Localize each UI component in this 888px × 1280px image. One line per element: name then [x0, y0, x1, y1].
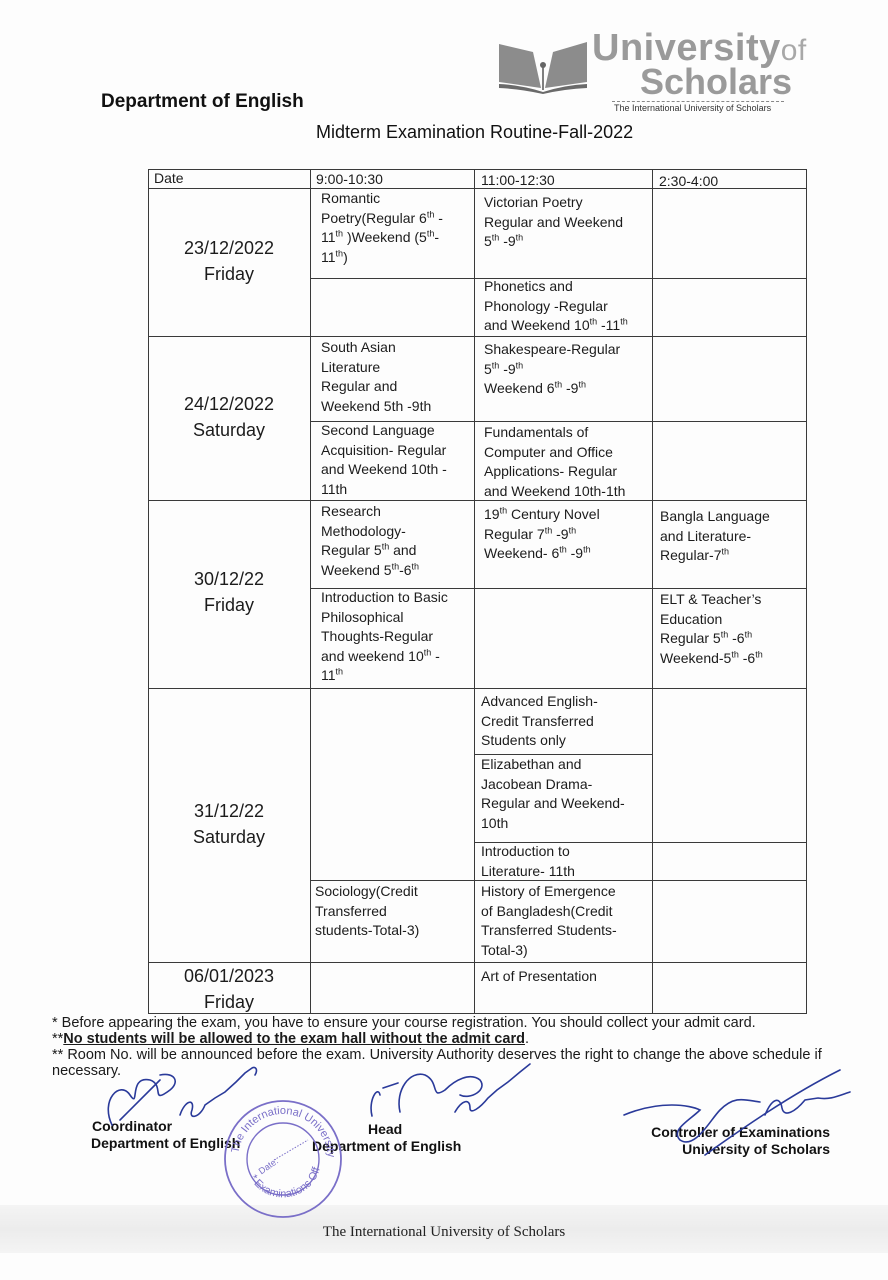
exam-cell: Bangla Languageand Literature-Regular-7t… [660, 507, 805, 566]
signature-coordinator: Coordinator Department of English [91, 1118, 240, 1152]
exam-cell: 19th Century NovelRegular 7th -9thWeeken… [484, 505, 649, 564]
department-heading: Department of English [101, 91, 304, 113]
exam-cell: RomanticPoetry(Regular 6th -11th )Weeken… [321, 189, 471, 267]
logo-wordmark-line2: Scholars [640, 63, 792, 101]
note-registration: * Before appearing the exam, you have to… [52, 1015, 842, 1031]
exam-cell: Fundamentals ofComputer and OfficeApplic… [484, 423, 649, 501]
exam-cell: Advanced English-Credit TransferredStude… [481, 692, 649, 751]
exam-cell: Introduction toLiterature- 11th [481, 842, 649, 881]
logo-tagline: The International University of Scholars [614, 103, 771, 113]
column-header-slot3: 2:30-4:00 [659, 172, 718, 192]
svg-text:The International University o: The International University of Scholars [222, 1098, 337, 1158]
examinations-office-stamp: The International University of Scholars… [222, 1098, 344, 1220]
date-cell: 24/12/2022Saturday [148, 391, 310, 443]
column-header-slot2: 11:00-12:30 [481, 171, 555, 191]
document-title: Midterm Examination Routine-Fall-2022 [316, 122, 633, 143]
exam-cell: Art of Presentation [481, 967, 649, 987]
date-cell: 06/01/2023Friday [148, 963, 310, 1015]
exam-cell: Elizabethan andJacobean Drama-Regular an… [481, 755, 649, 833]
exam-cell: Shakespeare-Regular5th -9thWeekend 6th -… [484, 340, 649, 399]
exam-cell: ResearchMethodology-Regular 5th andWeeke… [321, 502, 471, 580]
column-header-date: Date [154, 169, 184, 189]
exam-cell: Victorian PoetryRegular and Weekend5th -… [484, 193, 649, 252]
exam-cell: Sociology(CreditTransferredstudents-Tota… [315, 882, 470, 941]
footer-text: The International University of Scholars [0, 1224, 888, 1241]
note-room: ** Room No. will be announced before the… [52, 1047, 842, 1079]
open-book-pen-icon [497, 38, 589, 94]
signature-controller: Controller of Examinations University of… [645, 1124, 830, 1158]
date-cell: 30/12/22Friday [148, 566, 310, 618]
column-header-slot1: 9:00-10:30 [316, 170, 383, 190]
note-admit-card: **No students will be allowed to the exa… [52, 1031, 842, 1047]
exam-cell: Phonetics andPhonology -Regularand Weeke… [484, 277, 649, 336]
exam-cell: South AsianLiteratureRegular andWeekend … [321, 338, 471, 416]
logo-divider [612, 101, 784, 102]
exam-routine-table: Date 9:00-10:30 11:00-12:30 2:30-4:00 23… [148, 169, 807, 1014]
svg-text:Date:: Date: [257, 1156, 280, 1177]
exam-cell: Introduction to BasicPhilosophicalThough… [321, 588, 471, 686]
notes-section: * Before appearing the exam, you have to… [52, 1015, 842, 1079]
date-cell: 23/12/2022Friday [148, 235, 310, 287]
date-cell: 31/12/22Saturday [148, 798, 310, 850]
exam-cell: Second LanguageAcquisition- Regularand W… [321, 421, 471, 499]
exam-cell: ELT & Teacher’sEducationRegular 5th -6th… [660, 590, 805, 668]
exam-cell: History of Emergenceof Bangladesh(Credit… [481, 882, 649, 960]
